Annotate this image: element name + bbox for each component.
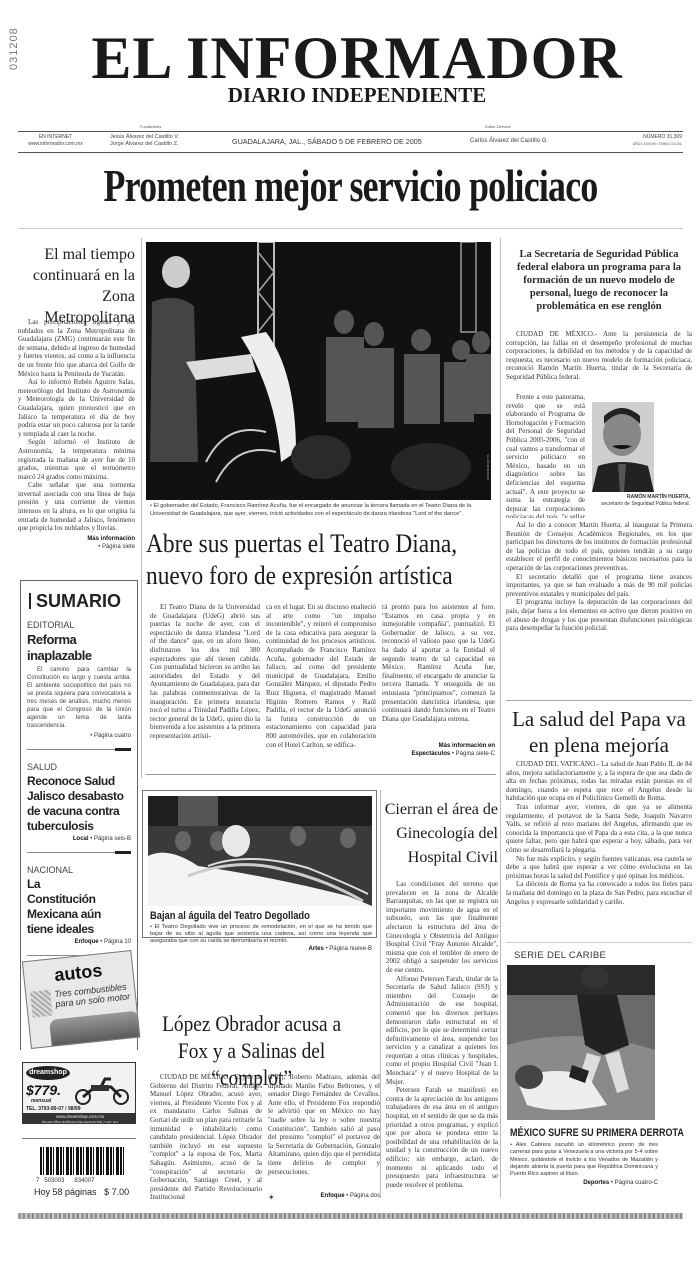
sumario-text: El camino para cambiar la Constitución e… (27, 666, 131, 730)
teatro-photo-caption: • El gobernador del Estado, Francisco Ra… (150, 503, 490, 518)
ad-phone: TEL. 3793-89-07 / 98/99 (26, 1106, 80, 1112)
issue-number: NÚMERO 31,309 (600, 134, 682, 141)
supplement-autos-cover[interactable]: autos Tres combustibles para un solo mot… (22, 950, 141, 1049)
sumario-section: SALUD (27, 762, 131, 772)
sumario-section: NACIONAL (27, 865, 131, 875)
teatro-ref-section: Espectáculos (412, 751, 451, 757)
founders-label: Fundadores (140, 124, 161, 129)
year-tomo: AÑO LXXXVIII • TOMO CCCXL (600, 141, 682, 148)
papa-headline: La salud del Papa va en plena mejoría (506, 706, 692, 758)
masthead-rule-top (18, 131, 683, 132)
ad-email[interactable]: dream@autofinanciamientototal.com.mx (23, 1120, 136, 1125)
cover-price: $ 7.00 (104, 1187, 129, 1197)
ad-brand-logo: dreamshop (26, 1066, 70, 1080)
section-rule (506, 942, 692, 943)
website-link[interactable]: www.informador.com.mx (18, 141, 93, 148)
dreamshop-ad[interactable]: dreamshop $779. mensual TEL. 3793-89-07 … (22, 1062, 136, 1124)
sumario-title: SUMARIO (29, 591, 137, 612)
weather-paragraph: Cabe señalar que una tormenta invernal a… (18, 481, 135, 533)
ad-price-note: mensual (31, 1098, 51, 1104)
dateline: GUADALAJARA, JAL., SÁBADO 5 DE FEBRERO D… (232, 137, 422, 146)
teatro-headline: Abre sus puertas el Teatro Diana, nuevo … (146, 528, 465, 592)
teatro-more-info[interactable]: Más información en Espectáculos • Página… (382, 742, 495, 758)
hospital-paragraph: Petersen Farah se manifestó en contra de… (386, 1086, 498, 1189)
lopez-column-2: (PRI), Roberto Madrazo, además del diput… (268, 1073, 380, 1176)
editor-name: Carlos Álvarez del Castillo G. (470, 138, 548, 144)
portrait-title: secretario de Seguridad Pública federal. (588, 501, 690, 508)
page-count-price: Hoy 58 páginas $ 7.00 (34, 1187, 129, 1197)
page-count: Hoy 58 páginas (34, 1187, 97, 1197)
caribe-ref[interactable]: Deportes • Página cuatro-C (510, 1180, 658, 1186)
weather-article: Las precipitaciones ligeras y los nublad… (18, 318, 135, 552)
seguridad-deck: La Secretaría de Seguridad Pública feder… (506, 248, 692, 313)
ramon-martin-huerta-portrait[interactable] (592, 402, 654, 492)
seguridad-wrap-text: Frente a este panorama, reveló que se es… (506, 393, 585, 518)
internet-label: EN INTERNET (18, 134, 93, 141)
papa-paragraph: No fue más explícito, y según fuentes va… (506, 855, 692, 881)
section-rule (506, 700, 692, 701)
founders-block: Jesús Álvarez del Castillo V. Jorge Álva… (110, 134, 179, 148)
newspaper-title: EL INFORMADOR (0, 26, 700, 90)
weather-headline: El mal tiempo continuará en la Zona Metr… (18, 244, 135, 328)
sumario-headline: La Constitución Mexicana aún tiene ideal… (27, 877, 107, 937)
ad-contact-bar: www.dreamshop.com.mx dream@autofinanciam… (23, 1113, 136, 1124)
seguridad-article: Así lo dio a conocer Martín Huerta, al i… (506, 521, 692, 633)
issue-block: NÚMERO 31,309 AÑO LXXXVIII • TOMO CCCXL (600, 134, 682, 148)
barcode (40, 1147, 124, 1175)
sumario-headline: Reconoce Salud Jalisco desabasto de vacu… (27, 774, 131, 834)
teatro-page-ref[interactable]: • Página siete-C (452, 751, 495, 757)
sumario-box: SUMARIO EDITORIAL Reforma inaplazable El… (20, 580, 138, 1050)
aguila-headline: Bajan al águila del Teatro Degollado (150, 910, 310, 922)
caribe-kicker: SERIE DEL CARIBE (514, 950, 606, 961)
portrait-caption: RAMÓN MARTÍN HUERTA, secretario de Segur… (588, 494, 690, 508)
sumario-ref-section: Local (73, 836, 89, 842)
supplement-car-image (49, 1011, 140, 1048)
teatro-column-3: rá pronto para los asistentes al foro. "… (382, 603, 495, 723)
sumario-headline: Reforma inaplazable (27, 632, 131, 664)
teatro-column-1: El Teatro Diana de la Universidad de Gua… (150, 603, 260, 741)
enfoque-logo-icon: ✶ (268, 1193, 275, 1202)
ad-price: $779. (26, 1082, 61, 1098)
weather-paragraph: Así lo informó Rubén Aguirre Salas, mete… (18, 378, 135, 438)
seguridad-lead: CIUDAD DE MÉXICO.- Ante la persistencia … (506, 330, 692, 382)
bottom-page-band (18, 1213, 683, 1219)
motorcycle-image (71, 1077, 133, 1105)
lopez-column-1: CIUDAD DE MÉXICO.- El jefe de Gobierno d… (150, 1073, 262, 1202)
teatro-diana-photo[interactable]: EL INFORMADOR (146, 242, 491, 500)
section-rule (146, 774, 496, 775)
sumario-page-ref[interactable]: • Página cuatro (27, 733, 131, 739)
seguridad-paragraph: Así lo dio a conocer Martín Huerta, al i… (506, 521, 692, 573)
sumario-page-ref[interactable]: • Página 10 (100, 939, 131, 945)
editor-label: Editor-Director (485, 124, 511, 129)
weather-paragraph: Según informó el Instituto de Astronomía… (18, 438, 135, 481)
papa-paragraph: La diócesis de Roma ya ha convocado a to… (506, 880, 692, 906)
sumario-page-ref[interactable]: • Página seis-B (90, 836, 131, 842)
papa-paragraph: Tras informar ayer, viernes, de que ya s… (506, 803, 692, 855)
aguila-page-ref[interactable]: Artes • Página nueve-B (150, 946, 372, 952)
masthead-rule-bottom (18, 152, 683, 153)
weather-more-label: Más información (87, 536, 135, 542)
supplement-name: autos (53, 960, 103, 986)
sumario-item-editorial[interactable]: EDITORIAL Reforma inaplazable El camino … (21, 620, 137, 739)
column-divider (380, 790, 381, 1198)
aguila-ref-section: Artes (309, 946, 324, 952)
teatro-more-label: Más información en (439, 743, 495, 749)
hospital-headline: Cierran el área de Ginecología del Hospi… (384, 798, 498, 870)
lopez-ref[interactable]: ✶ Enfoque • Página dos (268, 1193, 380, 1202)
sumario-section: EDITORIAL (27, 620, 131, 630)
sumario-item-nacional[interactable]: NACIONAL La Constitución Mexicana aún ti… (21, 865, 137, 945)
sumario-item-salud[interactable]: SALUD Reconoce Salud Jalisco desabasto d… (21, 762, 137, 842)
founder-2: Jorge Álvarez del Castillo Z. (110, 141, 179, 148)
caribe-ref-section: Deportes (583, 1180, 609, 1186)
barcode-digits: 7 503003 834007 (36, 1178, 94, 1184)
sumario-divider (27, 852, 131, 853)
photo-credit: EL INFORMADOR (486, 455, 490, 480)
supplement-qr-block (30, 990, 53, 1018)
seguridad-paragraph: El programa incluye la depuración de las… (506, 598, 692, 632)
aguila-caption: • El Teatro Degollado vive un proceso de… (150, 924, 372, 946)
aguila-photo[interactable] (148, 796, 372, 906)
caribe-baseball-photo[interactable] (507, 965, 655, 1120)
seguridad-paragraph: El secretario detalló que el programa ti… (506, 573, 692, 599)
internet-block: EN INTERNET www.informador.com.mx (18, 134, 93, 148)
papa-paragraph: CIUDAD DEL VATICANO.- La salud de Juan P… (506, 760, 692, 803)
papa-article: CIUDAD DEL VATICANO.- La salud de Juan P… (506, 760, 692, 906)
column-divider (500, 238, 501, 1198)
sumario-ref-section: Enfoque (75, 939, 99, 945)
weather-paragraph: Las precipitaciones ligeras y los nublad… (18, 318, 135, 378)
lopez-ref-section: Enfoque (321, 1193, 345, 1199)
weather-page-ref[interactable]: • Página siete (18, 543, 135, 552)
portrait-name: RAMÓN MARTÍN HUERTA, (588, 494, 690, 501)
supplement-headline: Tres combustibles para un solo motor (54, 981, 136, 1009)
caribe-headline: MÉXICO SUFRE SU PRIMERA DERROTA (510, 1127, 684, 1139)
column-divider (141, 238, 142, 778)
teatro-column-2: ca en el lugar. En su discurso enalteció… (266, 603, 376, 749)
hospital-paragraph: Las condiciones del terreno que prevalec… (386, 880, 498, 975)
barcode-rule (22, 1138, 136, 1139)
hospital-paragraph: Alfonso Petersen Farah, titular de la Se… (386, 975, 498, 1087)
newspaper-subtitle: DIARIO INDEPENDIENTE (0, 83, 700, 108)
hospital-article: Las condiciones del terreno que prevalec… (386, 880, 498, 1189)
founder-1: Jesús Álvarez del Castillo V. (110, 134, 179, 141)
sumario-divider (27, 749, 131, 750)
caribe-caption: • Alex Cabrera sacudió un kilométrico jo… (510, 1142, 658, 1178)
headline-rule (18, 228, 683, 229)
main-headline: Prometen mejor servicio policiaco (91, 158, 610, 214)
